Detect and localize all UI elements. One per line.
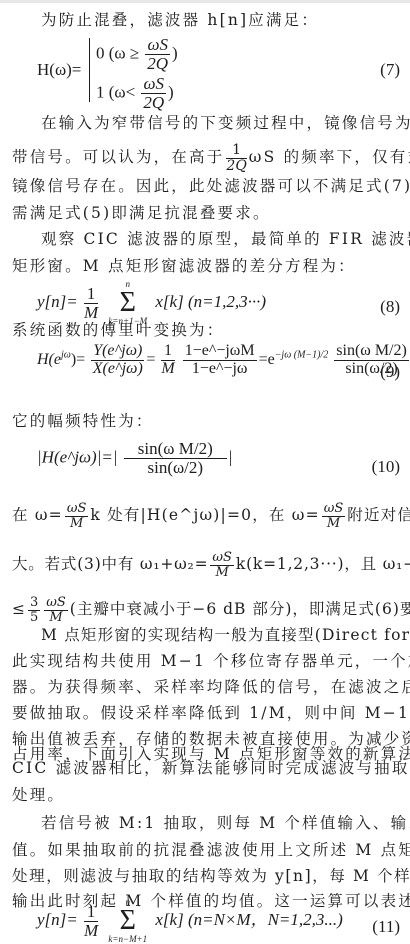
paren: ) xyxy=(172,43,178,62)
eq9-fraction-2: 1M xyxy=(161,343,174,378)
eq9-lhs: H(e xyxy=(37,351,61,368)
frac-num: 1 xyxy=(161,343,174,361)
eq11-lhs: y[n]= xyxy=(37,910,78,929)
eq9-number: (9) xyxy=(380,362,400,382)
p5-l1c: 附近对信号衰减较 xyxy=(347,506,410,524)
p5-fraction-3: ωSM xyxy=(210,551,234,579)
p6-line-7: CIC 滤波器相比，新算法能够同时完成滤波与抽取两步 xyxy=(12,758,400,778)
eq10-fraction: sin(ω M/2)sin(ω/2) xyxy=(124,440,227,477)
p5-l3b: (主瓣中衰减小于−6 dB 部分)，即满足式(6)要求。 xyxy=(70,600,410,618)
frac-den: M xyxy=(322,517,346,531)
p1-l2b: ωS 的频率下，仅有式(4) xyxy=(249,148,410,166)
eq7-lhs: H(ω)= xyxy=(37,60,81,80)
equation-9: H(ejω)= Y(e^jω)X(e^jω)= 1M 1−e^−jωM1−e^−… xyxy=(37,343,410,378)
eq10-number: (10) xyxy=(372,457,400,477)
p6-line-4: 要做抽取。假设采样率降低到 1/M，则中间 M−1 个计算 xyxy=(12,703,400,723)
equation-11: y[n]= 1M nΣk=n−M+1 x[k] (n=N×M，N=1,2,3..… xyxy=(37,898,343,944)
frac-den: 5 xyxy=(28,611,40,625)
eq8-number: (8) xyxy=(380,297,400,317)
p1-fraction: 12Q xyxy=(226,143,246,173)
frac-num: ωS xyxy=(65,502,89,517)
frac-den: sin(ω/2) xyxy=(124,459,227,477)
frac-num: Y(e^jω) xyxy=(91,343,144,361)
frac-den: M xyxy=(84,922,98,940)
intro-text: 为防止混叠，滤波器 h[n]应满足： xyxy=(41,10,400,30)
p5-l1a: 在 ω= xyxy=(12,506,63,524)
frac-den: M xyxy=(84,304,98,322)
p2-line-1: 观察 CIC 滤波器的原型，最简单的 FIR 滤波器—— xyxy=(41,229,400,249)
eq8-body: x[k] (n=1,2,3···) xyxy=(155,292,266,311)
p3-line: 系统函数的傅里叶变换为： xyxy=(12,320,400,340)
frac-num: 1−e^−jωM xyxy=(183,343,257,361)
eq9-lhs-close: )= xyxy=(71,351,85,368)
sum-bottom: k=n−M+1 xyxy=(108,935,147,944)
frac-num: ωS xyxy=(322,502,346,517)
p5-l1b: k 处有|H(e^jω)|=0，在 ω= xyxy=(90,506,319,524)
frac-den: 1−e^−jω xyxy=(183,361,257,378)
frac-num: sin(ω M/2) xyxy=(124,440,227,459)
eq7-case1-text: 0 (ω ≥ xyxy=(96,43,139,62)
frac-num: sin(ω M/2) xyxy=(334,343,409,361)
paren: ) xyxy=(168,82,174,101)
p5-l2a: 大。若式(3)中有 ω₁+ω₂= xyxy=(12,555,208,573)
eq7-case2-text: 1 (ω< xyxy=(96,82,135,101)
eq7-brace xyxy=(89,38,90,102)
p7-line-2: 值。如果抽取前的抗混叠滤波使用上文所述 M 点矩形窗 xyxy=(12,840,400,860)
frac-den: M xyxy=(161,361,174,378)
p4-line: 它的幅频特性为： xyxy=(12,411,400,431)
eq7-case2-fraction: ωS2Q xyxy=(141,75,166,112)
eq8-fraction: 1M xyxy=(84,285,98,322)
p5-fraction-5: 35 xyxy=(28,596,40,624)
eq9-exp-base: =e xyxy=(259,351,275,368)
sigma-symbol: Σ xyxy=(108,289,147,317)
frac-den: X(e^jω) xyxy=(91,361,144,378)
p1-l2a: 带信号。可以认为，在高于 xyxy=(12,148,224,166)
eq10-lhs: |H(e^jω)|=| xyxy=(37,447,118,466)
p7-line-3: 处理，则滤波与抽取的结构等效为 y[n]，每 M 个样值输入、 xyxy=(12,866,400,886)
frac-den: 2Q xyxy=(145,55,170,73)
eq7-number: (7) xyxy=(380,60,400,80)
p5-fraction-2: ωSM xyxy=(322,502,346,530)
p5-line-2: 大。若式(3)中有 ω₁+ω₂=ωSMk(k=1,2,3···)，且 ω₁−ω₂… xyxy=(12,551,400,579)
p1-line-3: 镜像信号存在。因此，此处滤波器可以不满足式(7)，只 xyxy=(12,176,400,196)
eq7-case1-fraction: ωS2Q xyxy=(145,36,170,73)
p1-line-1: 在输入为窄带信号的下变频过程中，镜像信号为窄 xyxy=(41,113,400,133)
p5-l2b: k(k=1,2,3···)，且 ω₁−ω₂+ xyxy=(236,555,410,573)
frac-num: 1 xyxy=(84,903,98,922)
frac-num: ωS xyxy=(145,36,170,55)
sigma-symbol: Σ xyxy=(108,907,147,935)
eq11-summation: nΣk=n−M+1 xyxy=(108,898,147,944)
page-top-border xyxy=(0,0,410,3)
eq9-fraction-3: 1−e^−jωM1−e^−jω xyxy=(183,343,257,378)
p6-line-8: 处理。 xyxy=(12,785,400,805)
frac-den: M xyxy=(44,611,68,625)
eq11-number: (11) xyxy=(372,917,400,937)
p6-line-1: M 点矩形窗的实现结构一般为直接型(Direct form)。 xyxy=(41,625,400,645)
frac-den: 2Q xyxy=(141,94,166,112)
eq9-fraction-1: Y(e^jω)X(e^jω) xyxy=(91,343,144,378)
p2-line-2: 矩形窗。M 点矩形窗滤波器的差分方程为： xyxy=(12,256,400,276)
eq10-close: | xyxy=(229,447,232,466)
p1-line-2: 带信号。可以认为，在高于12QωS 的频率下，仅有式(4) xyxy=(12,143,400,173)
p5-fraction-6: ωSM xyxy=(44,596,68,624)
p5-fraction-1: ωSM xyxy=(65,502,89,530)
frac-den: 2Q xyxy=(226,159,246,174)
eq7-case-2: 1 (ω< ωS2Q) xyxy=(96,75,174,112)
eq7-case-1: 0 (ω ≥ ωS2Q) xyxy=(96,36,178,73)
p5-line-1: 在 ω=ωSMk 处有|H(e^jω)|=0，在 ω=ωSM附近对信号衰减较 xyxy=(12,502,400,530)
eq11-fraction: 1M xyxy=(84,903,98,940)
frac-num: ωS xyxy=(210,551,234,566)
p5-line-3: ≤35ωSM(主瓣中衰减小于−6 dB 部分)，即满足式(6)要求。 xyxy=(12,596,400,624)
p5-l3a: ≤ xyxy=(12,600,26,618)
eq11-body: x[k] (n=N×M，N=1,2,3...) xyxy=(155,910,342,929)
eq8-lhs: y[n]= xyxy=(37,292,78,311)
frac-num: ωS xyxy=(44,596,68,611)
eq9-lhs-sup: jω xyxy=(61,350,71,361)
p6-line-2: 此实现结构共使用 M−1 个移位寄存器单元，一个加法 xyxy=(12,651,400,671)
frac-den: M xyxy=(65,517,89,531)
frac-num: ωS xyxy=(141,75,166,94)
p7-line-1: 若信号被 M:1 抽取，则每 M 个样值输入、输出一个样 xyxy=(41,813,400,833)
frac-den: M xyxy=(210,566,234,580)
equation-10: |H(e^jω)|=| sin(ω M/2)sin(ω/2)| xyxy=(37,440,232,477)
eq9-exp-sup: −jω (M−1)/2 xyxy=(275,350,329,361)
frac-num: 1 xyxy=(84,285,98,304)
frac-num: 3 xyxy=(28,596,40,611)
p6-line-3: 器。为获得频率、采样率均降低的信号，在滤波之后，还 xyxy=(12,677,400,697)
frac-num: 1 xyxy=(226,143,246,159)
p1-line-4: 需满足式(5)即满足抗混叠要求。 xyxy=(12,203,400,223)
